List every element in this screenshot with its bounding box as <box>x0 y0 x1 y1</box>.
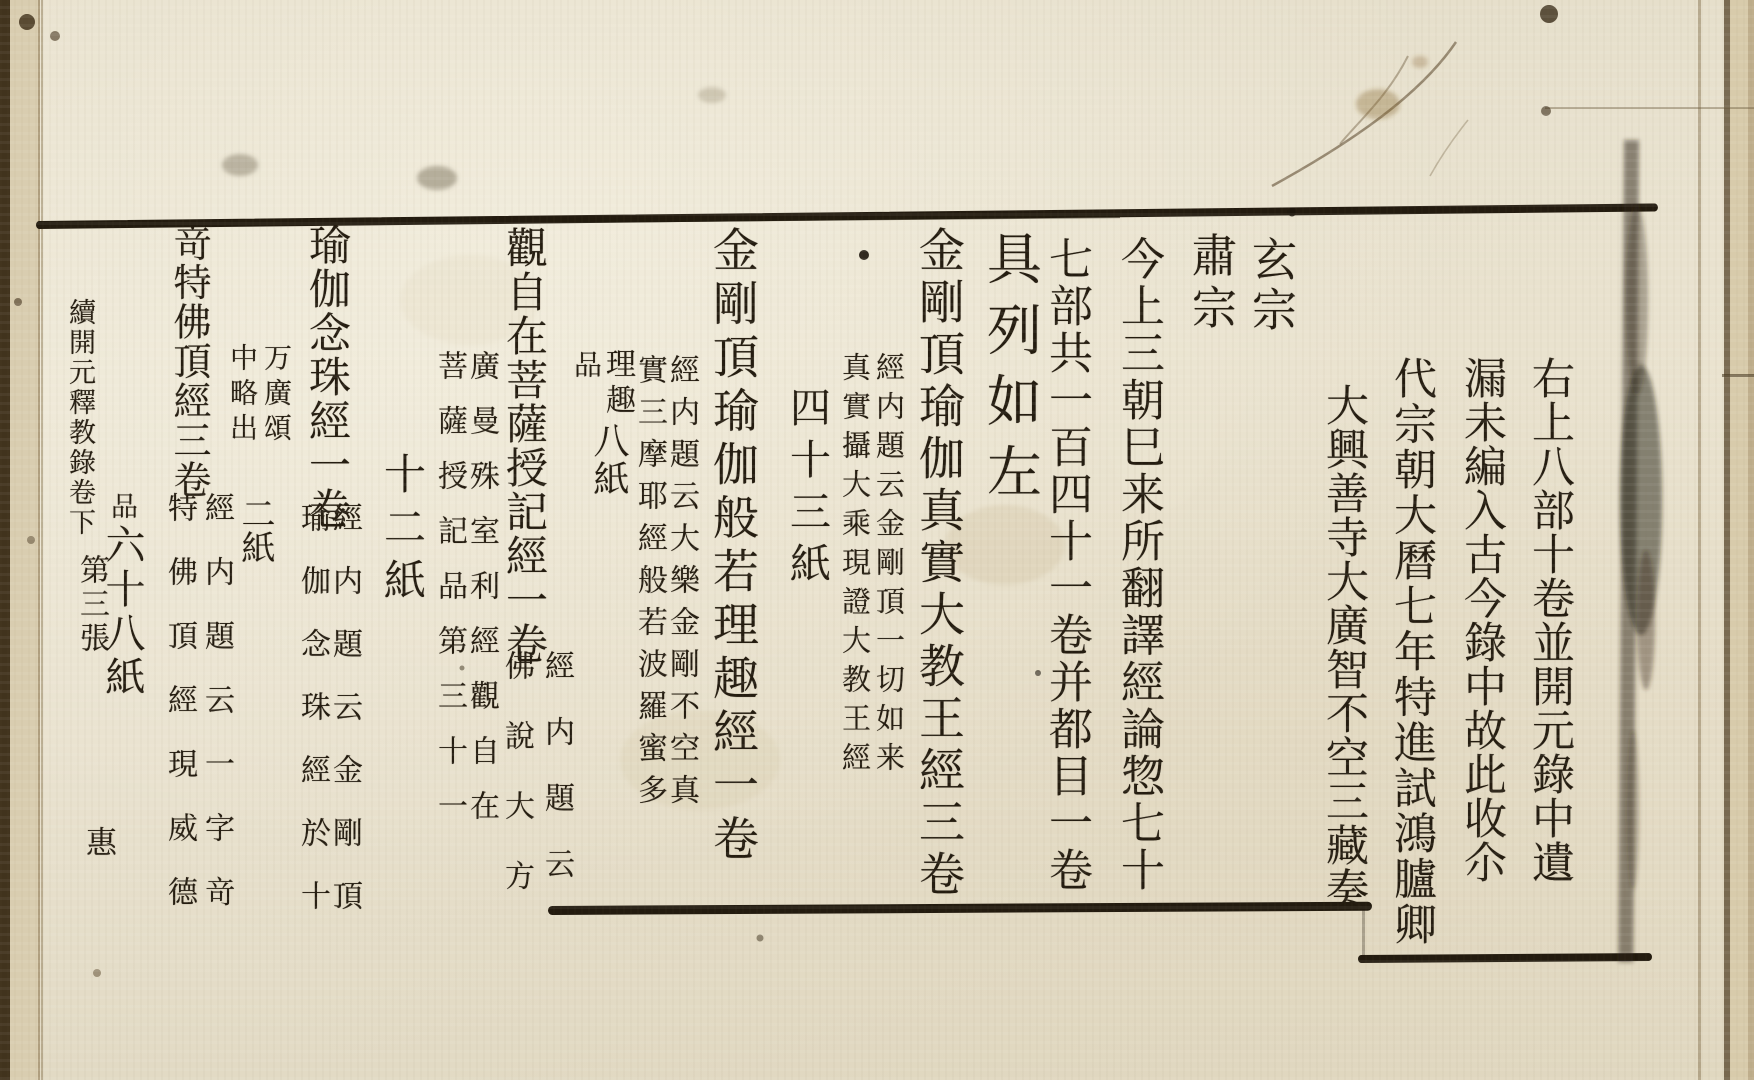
frame-bottom-border-left <box>548 902 1372 915</box>
sheet-number-label: 第三張 <box>76 554 106 656</box>
entry-1-page-count: 四十三紙 <box>786 386 827 594</box>
entry-4-note-col-4: 中略出 <box>228 343 256 448</box>
entry-1-note-col-1: 經内題云金剛頂一切如来 <box>874 352 903 781</box>
entry-2-note-col-4: 品 <box>572 350 600 378</box>
summary-column-1: 今上三朝巳来所翻譯經論惣七十 <box>1116 236 1160 894</box>
entry-3-note-col-2: 佛說大方 <box>501 650 531 930</box>
entry-2-note-col-1: 經内題云大樂金剛不空真 <box>666 354 696 816</box>
right-edge-tick <box>1722 374 1754 377</box>
colophon-column-3: 代宗朝大曆七年特進試鴻臚卿 <box>1390 356 1433 948</box>
frame-right-border-smudge <box>1618 140 1662 962</box>
entry-4-note-col-1: 經内題云金剛頂 <box>329 502 359 943</box>
crease-line <box>1340 56 1408 144</box>
right-page-edge-shade <box>1748 0 1754 1080</box>
emperor-suzong: 肅宗 <box>1188 232 1233 336</box>
colophon-column-4: 大興善寺大廣智不空三藏奏 <box>1322 383 1365 911</box>
right-fold-line-inner <box>1698 0 1701 1080</box>
entry-5-note-col-1: 經内題云一字竒 <box>201 492 231 940</box>
entry-4-title: 瑜伽念珠經一卷 <box>306 223 348 531</box>
entry-1-note-col-2: 真實攝大乘現證大教王經 <box>840 352 869 781</box>
collator-mark: 惠 <box>82 826 113 857</box>
crease-line <box>1272 42 1456 186</box>
entry-2-note-col-2: 實三摩耶經般若波羅蜜多 <box>634 354 664 816</box>
entry-5-title: 竒特佛頂經三卷 <box>170 223 208 500</box>
colophon-column-1: 右上八部十卷並開元錄中遺 <box>1528 356 1571 884</box>
frame-fold-connector <box>1362 906 1365 962</box>
entry-3-page-count: 十二紙 <box>381 452 423 611</box>
crease-line <box>1430 120 1468 176</box>
entry-2-note-col-3: 理趣 <box>602 348 632 420</box>
entry-3-note-col-3: 廣曼殊室利經觀自在 <box>466 350 496 845</box>
entry-2-page-count: 八紙 <box>590 422 626 498</box>
emperor-xuanzong: 玄宗 <box>1248 236 1293 336</box>
entry-4-note-col-2: 瑜伽念珠經於十 <box>297 502 327 943</box>
summary-column-2: 七部共一百四十一卷并都目一卷 <box>1044 236 1088 894</box>
colophon-column-2: 漏未編入古今錄中故此收尒 <box>1460 356 1503 884</box>
left-binding-edge-tan <box>10 0 40 1080</box>
entry-4-note-col-3: 万廣頌 <box>262 343 290 448</box>
entry-5-page-count-head: 品 <box>108 492 135 519</box>
adjacent-leaf-rule <box>1545 107 1754 109</box>
summary-column-3: 具列如左 <box>982 230 1037 514</box>
entry-1-title: 金剛頂瑜伽真實大教王經三卷 <box>916 226 962 902</box>
left-binding-edge-dark <box>0 0 10 1080</box>
entry-4-page-count: 二紙 <box>238 496 272 564</box>
left-fold-line <box>41 0 43 1080</box>
entry-3-title: 觀自在菩薩授記經一卷 <box>503 226 545 666</box>
frame-bottom-border-right <box>1358 953 1652 963</box>
entry-5-note-col-2: 特佛頂經現威德 <box>164 492 194 940</box>
series-title-margin: 續開元釋教錄卷下 <box>66 298 93 538</box>
entry-3-note-col-4: 菩薩授記品第三十一 <box>434 350 464 845</box>
manuscript-page-scan: 右上八部十卷並開元錄中遺 漏未編入古今錄中故此收尒 代宗朝大曆七年特進試鴻臚卿 … <box>0 0 1754 1080</box>
entry-2-title: 金剛頂瑜伽般若理趣經一卷 <box>710 226 756 868</box>
entry-3-note-col-1: 經内題云 <box>541 650 571 914</box>
